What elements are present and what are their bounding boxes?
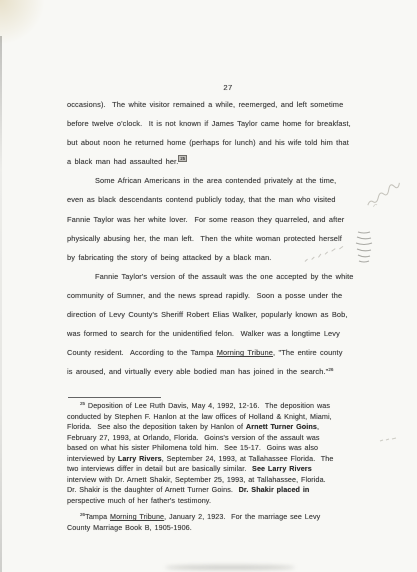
text-line: 25 Deposition of Lee Ruth Davis, May 4, …: [67, 401, 373, 412]
text-segment: Arnett Turner Goins: [246, 422, 317, 431]
paragraph: occasions). The white visitor remained a…: [67, 95, 367, 171]
text-segment: based on what his sister Philomena told …: [67, 443, 318, 452]
text-segment: direction of Levy County's Sheriff Rober…: [67, 310, 348, 319]
page-number: 27: [223, 83, 232, 92]
text-segment: before twelve o'clock. It is not known i…: [67, 119, 351, 128]
paragraph: Fannie Taylor's version of the assault w…: [67, 267, 367, 382]
text-segment: two interviews differ in detail but are …: [67, 464, 252, 473]
text-segment: County resident. According to the Tampa: [67, 348, 217, 357]
text-line: Fannie Taylor's version of the assault w…: [67, 267, 367, 286]
text-segment: physically abusing her, the man left. Th…: [67, 234, 342, 243]
text-segment: Fannie Taylor's version of the assault w…: [95, 272, 354, 281]
photocopy-edge-line: [0, 36, 2, 572]
text-line: perspective much of her father's testimo…: [67, 496, 373, 507]
text-segment: Florida. See also the deposition taken b…: [67, 422, 246, 431]
footnote-separator: [68, 397, 161, 398]
text-segment: Some African Americans in the area conte…: [95, 176, 336, 185]
text-segment: was formed to search for the unidentifie…: [67, 329, 340, 338]
photocopy-bottom-smudge: [165, 565, 295, 570]
text-line: interview with Dr. Arnett Shakir, Septem…: [67, 475, 373, 486]
text-segment: a black man had assaulted her.: [67, 157, 178, 166]
text-line: interviewed by Larry Rivers, September 2…: [67, 454, 373, 465]
text-segment: but about noon he returned home (perhaps…: [67, 138, 349, 147]
scanned-document-page: 27 occasions). The white visitor remaine…: [0, 0, 417, 572]
photocopy-corner-tint: [0, 0, 44, 44]
text-line: County resident. According to the Tampa …: [67, 343, 367, 362]
footnotes: 25 Deposition of Lee Ruth Davis, May 4, …: [67, 401, 373, 533]
text-segment: February 27, 1993, at Orlando, Florida. …: [67, 433, 320, 442]
footnote-marker: 26: [328, 367, 333, 372]
text-line: physically abusing her, the man left. Th…: [67, 229, 367, 248]
text-segment: even as black descendants contend public…: [67, 195, 336, 204]
text-line: even as black descendants contend public…: [67, 190, 367, 209]
text-line: but about noon he returned home (perhaps…: [67, 133, 367, 152]
paragraph: 25 Deposition of Lee Ruth Davis, May 4, …: [67, 401, 373, 506]
text-segment: interview with Dr. Arnett Shakir, Septem…: [67, 475, 326, 484]
text-line: direction of Levy County's Sheriff Rober…: [67, 305, 367, 324]
main-text: occasions). The white visitor remained a…: [67, 95, 367, 381]
text-segment: Fannie Taylor was her white lover. For s…: [67, 215, 344, 224]
footnote-marker: 25: [178, 155, 187, 162]
text-line: based on what his sister Philomena told …: [67, 443, 373, 454]
text-segment: by fabricating the story of being attack…: [67, 253, 271, 262]
text-segment: interviewed by: [67, 454, 118, 463]
text-segment: occasions). The white visitor remained a…: [67, 100, 343, 109]
text-line: Florida. See also the deposition taken b…: [67, 422, 373, 433]
pencil-annotation-icon: [378, 433, 398, 445]
text-segment: , September 24, 1993, at Tallahassee Flo…: [162, 454, 334, 463]
text-segment: Larry Rivers: [118, 454, 162, 463]
text-segment: County Marriage Book B, 1905-1906.: [67, 523, 192, 532]
text-line: a black man had assaulted her.25: [67, 152, 367, 171]
text-segment: , "The entire county: [273, 348, 343, 357]
footnote-marker: 26: [80, 512, 85, 517]
text-segment: , January 2, 1923. For the marriage see …: [164, 512, 320, 521]
text-line: was formed to search for the unidentifie…: [67, 324, 367, 343]
text-segment: perspective much of her father's testimo…: [67, 496, 211, 505]
text-line: Dr. Shakir is the daughter of Arnett Tur…: [67, 485, 373, 496]
text-segment: Tampa: [85, 512, 110, 521]
text-segment: Morning Tribune: [217, 348, 273, 357]
text-segment: community of Sumner, and the news spread…: [67, 291, 342, 300]
text-line: two interviews differ in detail but are …: [67, 464, 373, 475]
text-segment: conducted by Stephen F. Hanlon at the la…: [67, 412, 332, 421]
text-line: occasions). The white visitor remained a…: [67, 95, 367, 114]
text-segment: is aroused, and virtually every able bod…: [67, 367, 328, 376]
text-line: conducted by Stephen F. Hanlon at the la…: [67, 412, 373, 423]
text-segment: ,: [317, 422, 319, 431]
text-line: February 27, 1993, at Orlando, Florida. …: [67, 433, 373, 444]
text-line: is aroused, and virtually every able bod…: [67, 362, 367, 381]
text-segment: Dr. Shakir is the daughter of Arnett Tur…: [67, 485, 239, 494]
text-segment: Deposition of Lee Ruth Davis, May 4, 199…: [85, 401, 330, 410]
text-line: by fabricating the story of being attack…: [67, 248, 367, 267]
paragraph: Some African Americans in the area conte…: [67, 171, 367, 266]
text-line: before twelve o'clock. It is not known i…: [67, 114, 367, 133]
text-line: County Marriage Book B, 1905-1906.: [67, 523, 373, 534]
paragraph: 26Tampa Morning Tribune, January 2, 1923…: [67, 512, 373, 533]
text-segment: Dr. Shakir placed in: [239, 485, 310, 494]
text-line: Some African Americans in the area conte…: [67, 171, 367, 190]
text-segment: Morning Tribune: [110, 512, 164, 521]
text-segment: See Larry Rivers: [252, 464, 312, 473]
footnote-marker: 25: [80, 401, 85, 406]
text-line: Fannie Taylor was her white lover. For s…: [67, 210, 367, 229]
text-line: community of Sumner, and the news spread…: [67, 286, 367, 305]
pencil-annotation-icon: [361, 177, 415, 212]
text-line: 26Tampa Morning Tribune, January 2, 1923…: [67, 512, 373, 523]
